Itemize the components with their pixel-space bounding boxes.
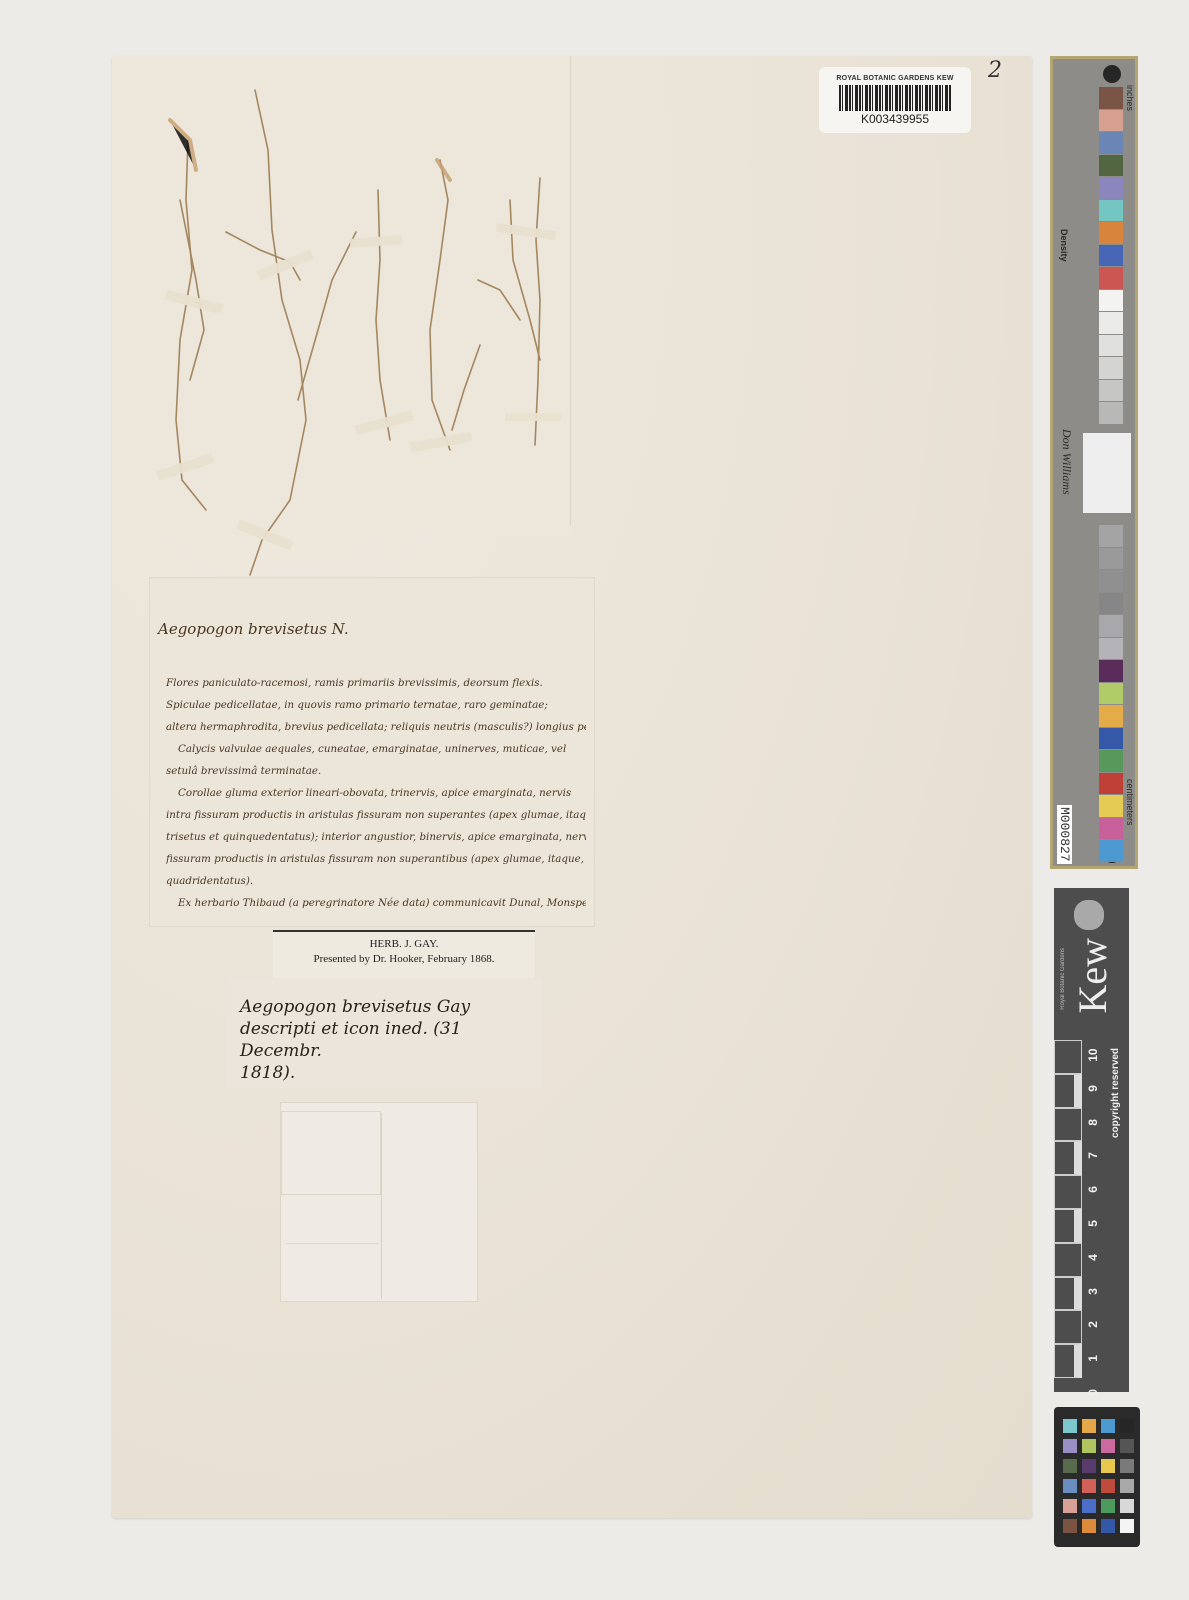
color-patch <box>1120 1499 1134 1513</box>
description-line: intra fissuram productis in aristulas fi… <box>166 804 586 826</box>
color-patches-bottom <box>1099 525 1123 863</box>
packet-flap <box>285 1243 379 1300</box>
ruler-segment <box>1054 1141 1082 1175</box>
color-patch <box>1063 1499 1077 1513</box>
ruler-number: 4 <box>1086 1241 1100 1275</box>
color-patch <box>1099 795 1123 817</box>
color-patch <box>1099 593 1123 615</box>
description-line: Ex herbario Thibaud (a peregrinatore Née… <box>166 892 586 914</box>
ruler-segment <box>1054 1108 1082 1142</box>
description-text: Flores paniculato-racemosi, ramis primar… <box>166 672 586 914</box>
scale-inset-chart <box>1083 433 1131 513</box>
color-patch <box>1099 110 1123 132</box>
color-patch <box>1099 380 1123 402</box>
kew-scale-bar: Kew Royal Botanic Gardens 10 9 8 7 6 5 4… <box>1054 888 1129 1392</box>
color-patch <box>1099 357 1123 379</box>
determination-line: descripti et icon ined. (31 Decembr. <box>240 1018 542 1062</box>
color-patch <box>1099 177 1123 199</box>
species-title: Aegopogon brevisetus N. <box>158 620 349 638</box>
color-patch <box>1099 200 1123 222</box>
description-line: fissuram productis in aristulas fissuram… <box>166 848 586 870</box>
ruler-segment <box>1054 1243 1082 1277</box>
color-patch <box>1099 87 1123 109</box>
color-patch <box>1120 1459 1134 1473</box>
barcode-label: ROYAL BOTANIC GARDENS KEW K003439955 <box>819 67 971 133</box>
determination-label: Aegopogon brevisetus Gay descripti et ic… <box>226 978 542 1088</box>
packet-flap <box>381 1113 476 1299</box>
centimeters-label: centimeters <box>1125 779 1135 826</box>
kew-subtitle: Royal Botanic Gardens <box>1060 948 1066 1010</box>
scale-code: M000827 <box>1057 805 1072 864</box>
ruler-number: 3 <box>1086 1275 1100 1309</box>
color-patch <box>1099 660 1123 682</box>
description-line: quadridentatus). <box>166 870 586 892</box>
description-line: Flores paniculato-racemosi, ramis primar… <box>166 672 586 694</box>
color-patch <box>1099 750 1123 772</box>
color-patch <box>1099 773 1123 795</box>
color-patch <box>1120 1479 1134 1493</box>
color-patch <box>1063 1479 1077 1493</box>
ruler-segment <box>1054 1074 1082 1108</box>
herbarium-label: HERB. J. GAY. Presented by Dr. Hooker, F… <box>273 930 535 980</box>
color-patch <box>1063 1419 1077 1433</box>
color-patch <box>1063 1459 1077 1473</box>
color-patch <box>1063 1519 1077 1533</box>
color-patch <box>1099 245 1123 267</box>
color-checker <box>1054 1407 1140 1547</box>
inches-label: inches <box>1125 85 1135 111</box>
color-patch <box>1099 728 1123 750</box>
ruler-number: 8 <box>1086 1106 1100 1140</box>
color-patch <box>1082 1419 1096 1433</box>
color-patch <box>1082 1479 1096 1493</box>
color-patch <box>1101 1499 1115 1513</box>
copyright-text: copyright reserved <box>1110 1048 1121 1138</box>
ruler-segment <box>1054 1175 1082 1209</box>
description-label: Aegopogon brevisetus N. Flores paniculat… <box>150 578 594 926</box>
color-patch <box>1099 705 1123 727</box>
fragment-packet <box>280 1102 478 1302</box>
color-patch <box>1082 1499 1096 1513</box>
ruler-numbers: 10 9 8 7 6 5 4 3 2 1 0 cm <box>1086 1038 1106 1444</box>
ruler-number: 10 <box>1086 1038 1100 1072</box>
brand-label: Don Williams <box>1059 429 1074 495</box>
herbarium-provenance: Presented by Dr. Hooker, February 1868. <box>273 953 535 965</box>
color-checker-grid <box>1063 1419 1134 1533</box>
ruler-segment <box>1054 1344 1082 1378</box>
packet-flap <box>281 1111 381 1195</box>
color-patch <box>1120 1519 1134 1533</box>
density-label: Density <box>1059 229 1069 262</box>
color-patch <box>1082 1519 1096 1533</box>
color-patch <box>1099 312 1123 334</box>
description-line: Calycis valvulae aequales, cuneatae, ema… <box>166 738 586 760</box>
description-line: Spiculae pedicellatae, in quovis ramo pr… <box>166 694 586 716</box>
barcode-number: K003439955 <box>819 112 971 126</box>
color-patch <box>1120 1439 1134 1453</box>
scale-hole <box>1103 65 1121 83</box>
kew-crest-icon <box>1074 900 1104 930</box>
description-line: Corollae gluma exterior lineari-obovata,… <box>166 782 586 804</box>
herbarium-name: HERB. J. GAY. <box>273 938 535 950</box>
color-patch <box>1099 683 1123 705</box>
color-patch <box>1099 290 1123 312</box>
ruler-segment <box>1054 1310 1082 1344</box>
color-patch <box>1101 1439 1115 1453</box>
color-patch <box>1101 1479 1115 1493</box>
color-patch <box>1101 1459 1115 1473</box>
color-patch <box>1099 222 1123 244</box>
ruler-segment <box>1054 1209 1082 1243</box>
ruler-number: 0 <box>1086 1376 1100 1410</box>
determination-line: 1818). <box>240 1062 542 1084</box>
color-patch <box>1063 1439 1077 1453</box>
cm-ruler <box>1054 1040 1084 1380</box>
ruler-number: 5 <box>1086 1207 1100 1241</box>
color-patches-top <box>1099 87 1123 425</box>
sheet-number: 2 <box>988 58 1002 83</box>
color-patch <box>1082 1439 1096 1453</box>
ruler-number: 2 <box>1086 1308 1100 1342</box>
ruler-number: 6 <box>1086 1173 1100 1207</box>
color-patch <box>1099 840 1123 862</box>
color-patch <box>1099 570 1123 592</box>
ruler-segment <box>1054 1277 1082 1311</box>
description-line: altera hermaphrodita, brevius pedicellat… <box>166 716 586 738</box>
ruler-number: 9 <box>1086 1072 1100 1106</box>
kew-logo: Kew <box>1069 938 1116 1014</box>
color-patch <box>1099 155 1123 177</box>
color-patch <box>1099 267 1123 289</box>
description-line: trisetus et quinquedentatus); interior a… <box>166 826 586 848</box>
color-patch <box>1099 615 1123 637</box>
color-patch <box>1099 525 1123 547</box>
color-patch <box>1101 1419 1115 1433</box>
institution-name: ROYAL BOTANIC GARDENS KEW <box>819 75 971 82</box>
barcode <box>839 85 951 111</box>
ruler-number: 1 <box>1086 1342 1100 1376</box>
color-patch <box>1099 638 1123 660</box>
color-patch <box>1120 1419 1134 1433</box>
color-density-scale: inches Density Don Williams centimeters … <box>1050 56 1138 869</box>
color-patch <box>1082 1459 1096 1473</box>
determination-line: Aegopogon brevisetus Gay <box>240 996 542 1018</box>
color-patch <box>1099 335 1123 357</box>
color-patch <box>1099 818 1123 840</box>
color-patch <box>1099 132 1123 154</box>
color-patch <box>1099 548 1123 570</box>
ruler-segment <box>1054 1040 1082 1074</box>
color-patch <box>1099 402 1123 424</box>
description-line: setulâ brevissimâ terminatae. <box>166 760 586 782</box>
color-patch <box>1101 1519 1115 1533</box>
ruler-number: 7 <box>1086 1139 1100 1173</box>
